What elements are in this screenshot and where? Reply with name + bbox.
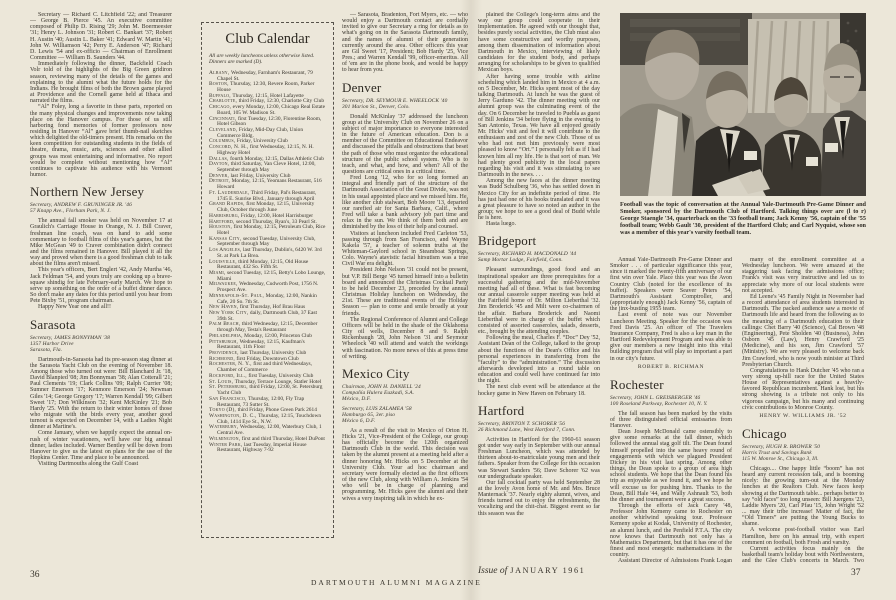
sarasota-continuation-text: — Sarasota, Bradenton, Fort Myers, etc. … bbox=[342, 12, 468, 74]
paragraph: Immediately following the dinner, Backfi… bbox=[30, 61, 172, 104]
hartford-continuation-text: Annual Yale-Dartmouth Pre-Game Dinner an… bbox=[610, 257, 732, 362]
secretary-block-northern-new-jersey: Secretary, ANDREW F. GRUNINGER JR. '4657… bbox=[30, 202, 172, 214]
section-heading-rochester: Rochester bbox=[610, 378, 732, 392]
paragraph: President John Nelson '31 could not be p… bbox=[342, 267, 468, 316]
issue-footer: Issue ofJANUARY 1961 bbox=[478, 566, 585, 576]
magazine-name-footer: DARTMOUTH ALUMNI MAGAZINE bbox=[311, 578, 482, 587]
secretary-line: 57 Knapp Ave., Florham Park, N. J. bbox=[30, 208, 172, 214]
paragraph: Following the meal, Charles F. “Doc” Dey… bbox=[478, 335, 600, 384]
paragraph: Assistant Director of Admissions Frank L… bbox=[610, 558, 732, 563]
chairman-block-mexico-city: Chairman, JOHN H. DANIELL '24Compañía Hu… bbox=[342, 384, 468, 402]
magazine-spread: Secretary — Richard C. Litchfield '22; a… bbox=[0, 0, 896, 600]
secretary-block-hartford: Secretary, BRINTON T. SCHORER '5626 Rich… bbox=[478, 421, 600, 433]
secretary-line: Samp Mortar Lodge, Fairfield, Conn. bbox=[478, 257, 600, 263]
club-calendar-list: AlbanyWednesday, Farnham's Restaurant, 7… bbox=[209, 71, 326, 454]
signature-hartford: ROBERT B. RICHMAN bbox=[610, 364, 732, 371]
paragraph: As a result of the visit to Mexico of Or… bbox=[342, 428, 468, 502]
paragraph: Last event of note was our November Lunc… bbox=[610, 312, 732, 361]
paragraph: Donald McKinlay '37 addressed the lunche… bbox=[342, 114, 468, 176]
paragraph: The annual fall smoker was held on Novem… bbox=[30, 218, 172, 267]
paragraph: Come January, when we happily expect the… bbox=[30, 430, 172, 461]
paragraph: The next club event will be attendance a… bbox=[478, 384, 600, 396]
secretary-block-chicago: Secretary, HUGH R. BROWER '50Harris Trus… bbox=[742, 444, 864, 462]
paragraph: Dean Joseph McDonald came ostensibly to … bbox=[610, 429, 732, 503]
paragraph: The fall season has been marked by the v… bbox=[610, 411, 732, 429]
column-1: Secretary — Richard C. Litchfield '22; a… bbox=[30, 12, 172, 564]
paragraph: Through the efforts of Jack Carey '48, P… bbox=[610, 503, 732, 558]
calendar-entry-details: every Monday, 12:00, Chicago Real Estate… bbox=[217, 104, 325, 116]
secretary-line: 115 W. Monroe St., Chicago 3, Ill. bbox=[742, 456, 864, 462]
calendar-entry-details: third Saturday, Van Cleve Hotel, 12:00, … bbox=[217, 161, 316, 173]
section-heading-northern-new-jersey: Northern New Jersey bbox=[30, 185, 172, 199]
paragraph: Annual Yale-Dartmouth Pre-Game Dinner an… bbox=[610, 257, 732, 312]
paragraph: This year's officers, Bert Englert '42, … bbox=[30, 267, 172, 304]
signature-rochester: HENRY W. WILLIAMS JR. '52 bbox=[742, 413, 864, 420]
paragraph: After having some trouble with airline s… bbox=[478, 74, 600, 179]
paragraph: Pleasant surroundings, good food and an … bbox=[478, 267, 600, 335]
paragraph: — Sarasota, Bradenton, Fort Myers, etc. … bbox=[342, 12, 468, 74]
section-heading-bridgeport: Bridgeport bbox=[478, 234, 600, 248]
issue-footer-date: JANUARY 1961 bbox=[510, 566, 585, 575]
left-page-number: 36 bbox=[30, 570, 40, 580]
section-heading-hartford: Hartford bbox=[478, 404, 600, 418]
paragraph: Visitors at luncheon included Fred Carle… bbox=[342, 231, 468, 268]
secretary-block-bridgeport: Secretary, RICHARD H. MACDONALD '44Samp … bbox=[478, 251, 600, 263]
paragraph: Dartmouth-in-Sarasota had its pre-season… bbox=[30, 357, 172, 431]
section-text-northern-new-jersey: The annual fall smoker was held on Novem… bbox=[30, 218, 172, 310]
right-page-number: 37 bbox=[851, 568, 861, 578]
section-heading-sarasota: Sarasota bbox=[30, 318, 172, 332]
section-text-rochester: The fall season has been marked by the v… bbox=[610, 411, 732, 563]
secretary-block-denver: Secretary, DR. SEYMOUR E. WHEELOCK '4030… bbox=[342, 98, 468, 110]
rochester-continuation-text: many of the enrollment committee at a We… bbox=[742, 257, 864, 411]
calendar-entry-details: Monday, 12:15, Yeomans Restaurant, 516 H… bbox=[217, 178, 322, 190]
secretary-line: 100 Roseland Parkway, Rochester 10, N. Y… bbox=[610, 401, 732, 407]
section-heading-denver: Denver bbox=[342, 81, 468, 95]
section-text-denver: Donald McKinlay '37 addressed the lunche… bbox=[342, 114, 468, 360]
paragraph: Our fall cocktail party was held Septemb… bbox=[478, 480, 600, 517]
event-photo-image bbox=[620, 13, 866, 196]
paragraph: Happy New Year one and all!! bbox=[30, 304, 172, 310]
paragraph: Chicago.... One happy little “boom” has … bbox=[742, 466, 864, 528]
paragraph: Current activities focus mainly on the b… bbox=[742, 546, 864, 563]
club-calendar-intro: All are weekly luncheons unless otherwis… bbox=[209, 54, 326, 66]
opening-continuation-text: Secretary — Richard C. Litchfield '22; a… bbox=[30, 12, 172, 178]
section-text-hartford: Activities in Hartford for the 1960-61 s… bbox=[478, 437, 600, 517]
column-6: many of the enrollment committee at a We… bbox=[742, 257, 864, 563]
secretary-line: Sarasota, Fla. bbox=[30, 347, 172, 353]
club-calendar-title: Club Calendar bbox=[209, 31, 326, 48]
column-4: plained the College's long-term aims and… bbox=[478, 12, 600, 560]
paragraph: Among the new faces at the dinner meetin… bbox=[478, 178, 600, 221]
calendar-entry-details: second Tuesday, 12:15, Betty's Lobo Loun… bbox=[217, 270, 325, 282]
paragraph: Hasta luego. bbox=[478, 221, 600, 227]
paragraph: The Regional Conference of Alumni and Co… bbox=[342, 317, 468, 360]
paragraph: A welcome post-football visitor was Earl… bbox=[742, 527, 864, 545]
paragraph: Activities in Hartford for the 1960-61 s… bbox=[478, 437, 600, 480]
secretary-line: México 6, D.F. bbox=[342, 418, 468, 424]
section-text-mexico-city: As a result of the visit to Mexico of Or… bbox=[342, 428, 468, 502]
club-calendar-box: Club Calendar All are weekly luncheons u… bbox=[201, 22, 334, 538]
column-3: — Sarasota, Bradenton, Fort Myers, etc. … bbox=[342, 12, 468, 564]
secretary-block-mexico-city: Secretary, LUIS ZALAMEA '58Hamburgo 65, … bbox=[342, 406, 468, 424]
calendar-entry: Winter Parklast Tuesday, Imperial House … bbox=[209, 443, 326, 454]
section-text-chicago: Chicago.... One happy little “boom” has … bbox=[742, 466, 864, 563]
secretary-block-sarasota: Secretary, JAMES BONNYMAN '381357 Harbor… bbox=[30, 335, 172, 353]
paragraph: Fred Long '12, who for so long formed an… bbox=[342, 175, 468, 230]
paragraph: Secretary — Richard C. Litchfield '22; a… bbox=[30, 12, 172, 61]
secretary-block-rochester: Secretary, JOHN L. GREISBERGER '46100 Ro… bbox=[610, 395, 732, 407]
paragraph: “Al” Foley, long a favorite in these par… bbox=[30, 104, 172, 178]
calendar-entry-details: first Monday, 12:15, Petroleum Club, Ric… bbox=[217, 224, 325, 236]
paragraph: many of the enrollment committee at a We… bbox=[742, 257, 864, 294]
paragraph: Congratulations to Hank Dutcher '45 who … bbox=[742, 368, 864, 411]
column-5: Annual Yale-Dartmouth Pre-Game Dinner an… bbox=[610, 257, 732, 563]
photo-caption: Football was the topic of conversation a… bbox=[620, 201, 866, 236]
paragraph: Visiting Dartmouths along the Gulf Coast bbox=[30, 461, 172, 467]
section-text-sarasota: Dartmouth-in-Sarasota had its pre-season… bbox=[30, 357, 172, 468]
paragraph: plained the College's long-term aims and… bbox=[478, 12, 600, 74]
secretary-line: 301 Marion St., Denver, Colo. bbox=[342, 104, 468, 110]
event-photo bbox=[620, 13, 866, 196]
secretary-line: 26 Richmond Lane, West Hartford 7, Conn. bbox=[478, 427, 600, 433]
section-heading-mexico-city: Mexico City bbox=[342, 367, 468, 381]
paragraph: Ed Leene's '45 Family Night in November … bbox=[742, 294, 864, 368]
section-heading-chicago: Chicago bbox=[742, 427, 864, 441]
chairman-line: México, D.F. bbox=[342, 396, 468, 402]
issue-footer-prefix: Issue of bbox=[478, 566, 507, 576]
mexico-city-continuation-text: plained the College's long-term aims and… bbox=[478, 12, 600, 227]
section-text-bridgeport: Pleasant surroundings, good food and an … bbox=[478, 267, 600, 396]
calendar-entry-details: Thursday, 12:30, Revere Room, Parker Hou… bbox=[217, 81, 314, 93]
calendar-entry-details: Wednesday, Farnham's Restaurant, 79 Chap… bbox=[217, 70, 313, 82]
